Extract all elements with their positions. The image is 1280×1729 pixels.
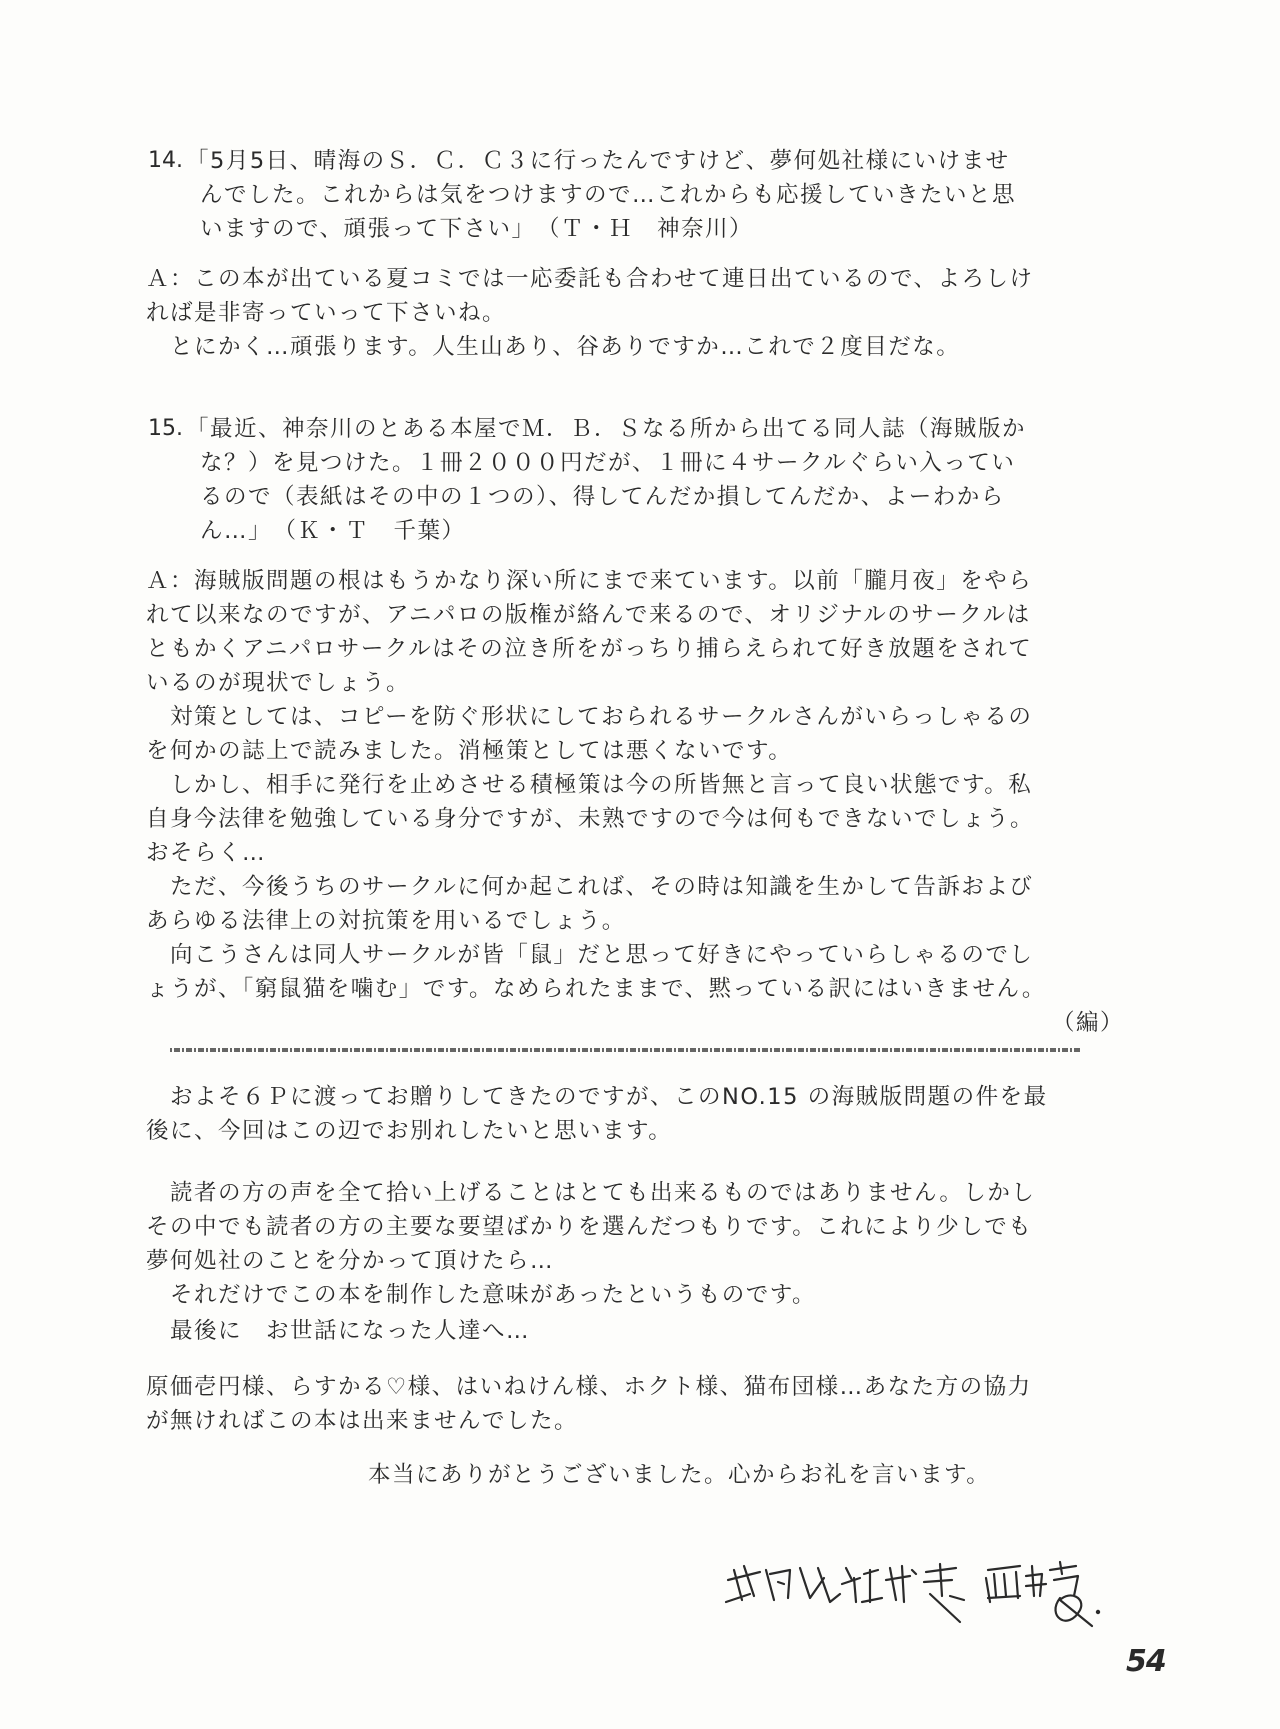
answer-line: Ａ：海賊版問題の根はもうかなり深い所にまで来ています。以前「朧月夜」をやら: [146, 566, 1032, 596]
thanks-line: 原価壱円様、らすかる♡様、はいねけん様、ホクト様、猫布団様…あなた方の協力: [146, 1372, 1032, 1402]
letter-question-line: 「最近、神奈川のとある本屋でＭ．Ｂ．Ｓなる所から出てる同人誌（海賊版か: [186, 414, 1026, 444]
letter-question-line: るので（表紙はその中の１つの）、得してんだか損してんだか、よーわから: [200, 482, 1005, 512]
thanks-line: が無ければこの本は出来ませんでした。: [146, 1406, 578, 1436]
letter-question-line: いますので、頑張って下さい」 （Ｔ・Ｈ 神奈川）: [200, 214, 753, 244]
answer-line: いるのが現状でしょう。: [146, 668, 410, 698]
closing-line: 夢何処社のことを分かって頂けたら…: [146, 1246, 554, 1276]
closing-line: 後に、今回はこの辺でお別れしたいと思います。: [146, 1116, 672, 1146]
answer-line: ただ、今後うちのサークルに何か起これば、その時は知識を生かして告訴および: [146, 872, 1033, 902]
answer-line: とにかく…頑張ります。人生山あり、谷ありですか…これで２度目だな。: [146, 332, 960, 362]
closing-line: 読者の方の声を全て拾い上げることはとても出来るものではありません。しかし: [146, 1178, 1035, 1208]
thanks-heading: 最後に お世話になった人達へ…: [146, 1316, 530, 1346]
answer-line: を何かの誌上で読みました。消極策としては悪くないです。: [146, 736, 792, 766]
letter-question-line: んでした。これからは気をつけますので…これからも応援していきたいと思: [200, 180, 1016, 210]
page-number: 54: [1126, 1644, 1166, 1679]
answer-line: 向こうさんは同人サークルが皆「鼠」だと思って好きにやっていらしゃるのでし: [146, 940, 1033, 970]
answer-line: 対策としては、コピーを防ぐ形状にしておられるサークルさんがいらっしゃるの: [146, 702, 1032, 732]
letter-question-line: 「5月5日、晴海のＳ．Ｃ．Ｃ３に行ったんですけど、夢何処社様にいけませ: [186, 146, 1010, 176]
document-page: 14. 「5月5日、晴海のＳ．Ｃ．Ｃ３に行ったんですけど、夢何処社様にいけませ …: [0, 0, 1280, 1729]
closing-line: その中でも読者の方の主要な要望ばかりを選んだつもりです。これにより少しでも: [146, 1212, 1032, 1242]
letter-question-line: な？）を見つけた。１冊２０００円だが、１冊に４サークルぐらい入ってい: [200, 448, 1015, 478]
letter-number: 14.: [148, 146, 183, 176]
answer-line: しかし、相手に発行を止めさせる積極策は今の所皆無と言って良い状態です。私: [146, 770, 1032, 800]
closing-line: およそ６Ｐに渡ってお贈りしてきたのですが、このNO.15 の海賊版問題の件を最: [146, 1082, 1048, 1112]
answer-line: ともかくアニパロサークルはその泣き所をがっちり捕らえられて好き放題をされて: [146, 634, 1032, 664]
handwritten-signature: [720, 1540, 1120, 1630]
answer-line: おそらく…: [146, 838, 266, 868]
answer-line: Ａ：この本が出ている夏コミでは一応委託も合わせて連日出ているので、よろしけ: [146, 264, 1034, 294]
dotted-divider: [170, 1048, 1082, 1052]
answer-line: 自身今法律を勉強している身分ですが、未熟ですので今は何もできないでしょう。: [146, 804, 1034, 834]
letter-number: 15.: [148, 414, 183, 444]
answer-line: ょうが、「窮鼠猫を噛む」です。なめられたままで、黙っている訳にはいきません。: [146, 974, 1046, 1004]
answer-line: れば是非寄っていって下さいね。: [146, 298, 506, 328]
answer-line: れて以来なのですが、アニパロの版権が絡んで来るので、オリジナルのサークルは: [146, 600, 1031, 630]
editor-signoff: （編）: [1052, 1008, 1124, 1038]
letter-question-line: ん…」 （Ｋ・Ｔ 千葉）: [200, 516, 466, 546]
closing-line: それだけでこの本を制作した意味があったというものです。: [146, 1280, 816, 1310]
answer-line: あらゆる法律上の対抗策を用いるでしょう。: [146, 906, 626, 936]
final-thanks-line: 本当にありがとうございました。心からお礼を言います。: [368, 1460, 990, 1490]
